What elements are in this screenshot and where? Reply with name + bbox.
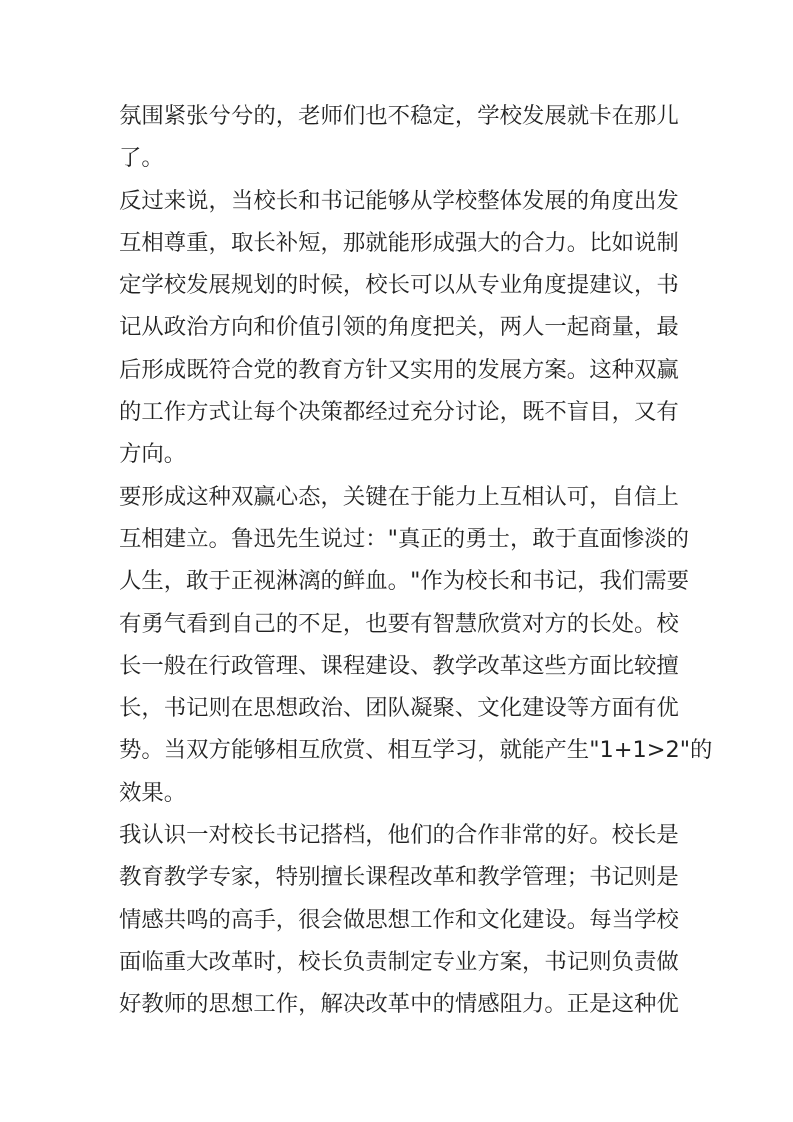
text-line: 了。 <box>119 137 685 179</box>
text-line: 记从政治方向和价值引领的角度把关，两人一起商量，最 <box>119 306 685 348</box>
text-line: 人生，敢于正视淋漓的鲜血。"作为校长和书记，我们需要 <box>119 560 685 602</box>
text-line: 势。当双方能够相互欣赏、相互学习，就能产生"1+1>2"的 <box>119 729 685 771</box>
document-text-block: 氛围紧张兮兮的，老师们也不稳定，学校发展就卡在那儿 了。 反过来说，当校长和书记… <box>119 95 685 1026</box>
paragraph: 要形成这种双赢心态，关键在于能力上互相认可，自信上 互相建立。鲁迅先生说过："真… <box>119 476 685 814</box>
text-line: 有勇气看到自己的不足，也要有智慧欣赏对方的长处。校 <box>119 603 685 645</box>
text-line: 长，书记则在思想政治、团队凝聚、文化建设等方面有优 <box>119 687 685 729</box>
text-line: 教育教学专家，特别擅长课程改革和教学管理；书记则是 <box>119 856 685 898</box>
paragraph: 反过来说，当校长和书记能够从学校整体发展的角度出发 互相尊重，取长补短，那就能形… <box>119 180 685 476</box>
text-line: 互相尊重，取长补短，那就能形成强大的合力。比如说制 <box>119 222 685 264</box>
text-line: 定学校发展规划的时候，校长可以从专业角度提建议，书 <box>119 264 685 306</box>
text-line: 效果。 <box>119 772 685 814</box>
document-page: 氛围紧张兮兮的，老师们也不稳定，学校发展就卡在那儿 了。 反过来说，当校长和书记… <box>0 0 793 1122</box>
text-line: 好教师的思想工作，解决改革中的情感阻力。正是这种优 <box>119 983 685 1025</box>
paragraph: 我认识一对校长书记搭档，他们的合作非常的好。校长是 教育教学专家，特别擅长课程改… <box>119 814 685 1025</box>
text-line: 长一般在行政管理、课程建设、教学改革这些方面比较擅 <box>119 645 685 687</box>
text-line: 方向。 <box>119 433 685 475</box>
text-line: 面临重大改革时，校长负责制定专业方案，书记则负责做 <box>119 941 685 983</box>
text-line: 的工作方式让每个决策都经过充分讨论，既不盲目，又有 <box>119 391 685 433</box>
text-line: 要形成这种双赢心态，关键在于能力上互相认可，自信上 <box>119 476 685 518</box>
text-line: 后形成既符合党的教育方针又实用的发展方案。这种双赢 <box>119 349 685 391</box>
text-line: 氛围紧张兮兮的，老师们也不稳定，学校发展就卡在那儿 <box>119 95 685 137</box>
text-line: 反过来说，当校长和书记能够从学校整体发展的角度出发 <box>119 180 685 222</box>
text-line: 互相建立。鲁迅先生说过："真正的勇士，敢于直面惨淡的 <box>119 518 685 560</box>
text-line: 情感共鸣的高手，很会做思想工作和文化建设。每当学校 <box>119 899 685 941</box>
paragraph: 氛围紧张兮兮的，老师们也不稳定，学校发展就卡在那儿 了。 <box>119 95 685 180</box>
text-line: 我认识一对校长书记搭档，他们的合作非常的好。校长是 <box>119 814 685 856</box>
